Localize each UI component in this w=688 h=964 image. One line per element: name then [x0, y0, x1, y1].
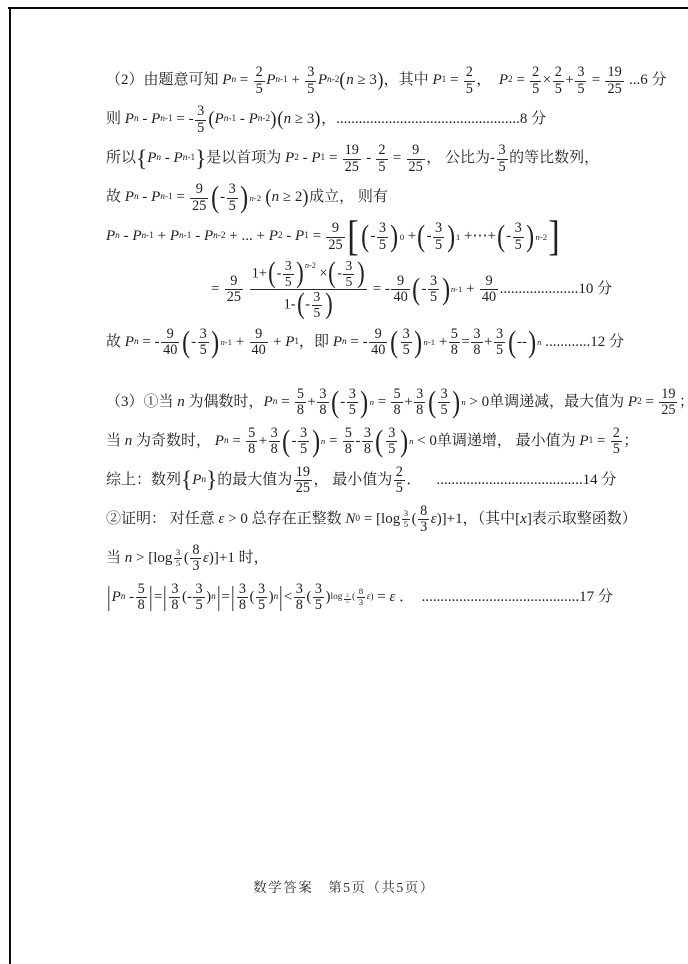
math-line-5: Pn - Pn-1 + Pn-1 - Pn-2 + ... + P2 - P1 …: [106, 220, 672, 254]
math-line-1: （2）由题意可知 Pn = 25Pn-1 + 35Pn-2(n ≥ 3)，其中 …: [106, 64, 672, 98]
math-line-13: |Pn -58|=|38(-35)n|=|38(35)n|<38(35)log3…: [106, 580, 672, 614]
math-line-6: = 925 1+(-35)n-2 ×(-35)1-(-35) = -940(-3…: [211, 259, 672, 320]
math-line-12: 当 n > [log35(83ε)]+1 时，: [106, 541, 672, 575]
math-line-3: 所以{Pn - Pn-1}是以首项为 P2 - P1 = 1925 - 25 =…: [106, 142, 672, 176]
math-line-2: 则 Pn - Pn-1 = -35(Pn-1 - Pn-2)(n ≥ 3)，..…: [106, 103, 672, 137]
math-line-11: ②证明： 对任意 ε > 0 总存在正整数 N0 = [log35(83ε)]+…: [106, 502, 672, 536]
math-line-10: 综上：数列{Pn}的最大值为1925， 最小值为25． ............…: [106, 463, 672, 497]
math-line-9: 当 n 为奇数时， Pn = 58+38(-35)n = 58-38(35)n …: [106, 424, 672, 458]
scan-border-top: [8, 7, 688, 9]
page-footer: 数学答案 第5页（共5页）: [0, 876, 688, 896]
answer-content: （2）由题意可知 Pn = 25Pn-1 + 35Pn-2(n ≥ 3)，其中 …: [106, 64, 672, 619]
math-line-8: （3）①当 n 为偶数时，Pn = 58+38(-35)n = 58+38(35…: [106, 385, 672, 419]
scanned-answer-page: （2）由题意可知 Pn = 25Pn-1 + 35Pn-2(n ≥ 3)，其中 …: [0, 0, 688, 964]
scan-border-left: [9, 7, 11, 964]
math-line-4: 故 Pn - Pn-1 = 925(-35)n-2 (n ≥ 2)成立， 则有: [106, 181, 672, 215]
math-line-7: 故 Pn = -940(-35)n-1 + 940 + P1，即 Pn = -9…: [106, 325, 672, 359]
